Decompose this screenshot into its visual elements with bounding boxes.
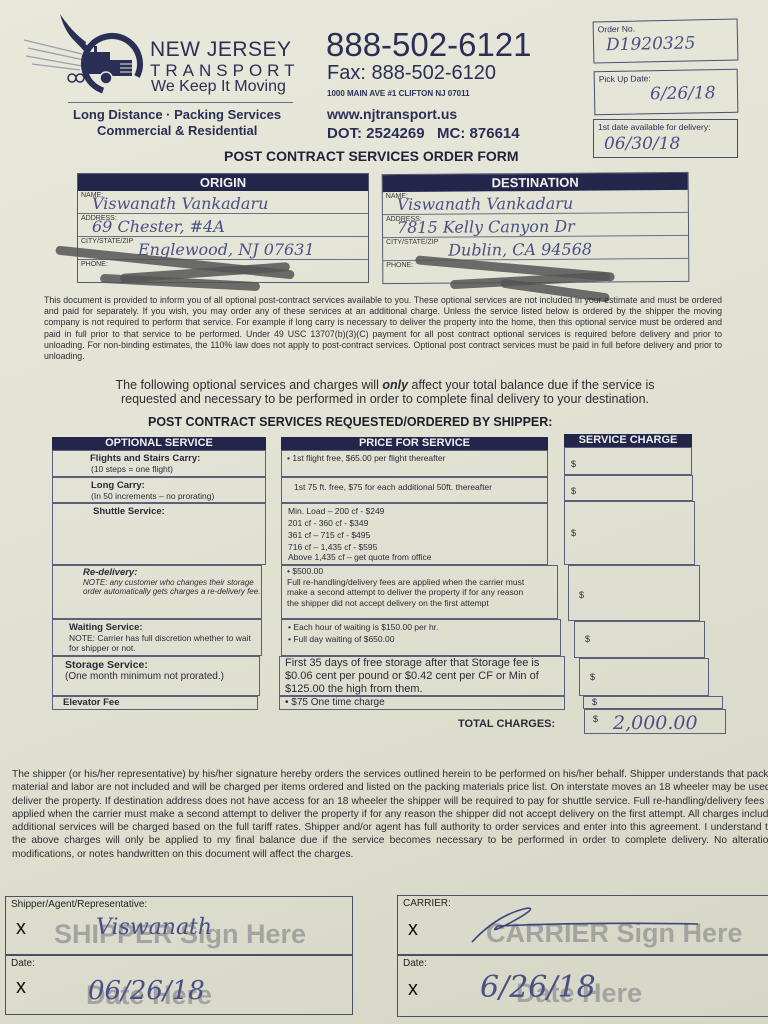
- service-charge-column: SERVICE CHARGE: [564, 434, 692, 447]
- service-note: (One month minimum not prorated.): [65, 671, 259, 682]
- winged-truck-icon: [22, 12, 147, 97]
- dollar-sign: $: [590, 672, 595, 682]
- service-name: Flights and Stairs Carry:: [90, 453, 265, 464]
- website-link: www.njtransport.us: [327, 106, 457, 122]
- service-name: Storage Service:: [65, 659, 259, 671]
- charge-shuttle-field[interactable]: $: [564, 501, 695, 565]
- service-row-shuttle: Shuttle Service:: [52, 503, 266, 565]
- price-header: PRICE FOR SERVICE: [281, 437, 548, 450]
- dollar-sign: $: [592, 697, 597, 707]
- shipper-signature-label: Shipper/Agent/Representative:: [11, 899, 147, 910]
- header-divider: [68, 102, 293, 103]
- price-line: • $500.00: [287, 566, 551, 577]
- carrier-date-field[interactable]: Date: x Date Here 6/26/18: [397, 955, 768, 1017]
- price-line: Above 1,435 cf – get quote from office: [288, 553, 547, 562]
- total-charges-field[interactable]: $ 2,000.00: [584, 709, 726, 734]
- shipper-signature: Viswanath: [96, 915, 212, 940]
- dollar-sign: $: [571, 528, 576, 538]
- charge-elevator-field[interactable]: $: [583, 696, 723, 709]
- origin-city-label: CITY/STATE/ZIP: [81, 238, 133, 245]
- delivery-date-value: 06/30/18: [604, 134, 680, 154]
- origin-header: ORIGIN: [78, 174, 368, 191]
- company-slogan: We Keep It Moving: [151, 78, 286, 96]
- carrier-signature-label: CARRIER:: [403, 898, 451, 909]
- charge-flights-field[interactable]: $: [564, 447, 692, 475]
- service-name: Shuttle Service:: [93, 506, 265, 517]
- price-line: 201 cf - 360 cf - $349: [288, 517, 547, 529]
- service-row-elevator: Elevator Fee: [52, 696, 258, 710]
- destination-phone-label: PHONE:: [386, 262, 413, 269]
- fax-number: Fax: 888-502-6120: [327, 62, 496, 85]
- price-shuttle: Min. Load – 200 cf - $249 201 cf - 360 c…: [281, 503, 548, 565]
- services-section-title: POST CONTRACT SERVICES REQUESTED/ORDERED…: [148, 415, 552, 429]
- optional-services-notice: The following optional services and char…: [100, 378, 670, 406]
- delivery-date-field[interactable]: 1st date available for delivery: 06/30/1…: [593, 119, 738, 158]
- company-name: NEW JERSEY: [150, 38, 292, 62]
- x-mark-icon: x: [16, 917, 26, 940]
- price-flights: • 1st flight free, $65.00 per flight the…: [281, 450, 548, 477]
- form-title: POST CONTRACT SERVICES ORDER FORM: [224, 148, 519, 164]
- price-column: PRICE FOR SERVICE: [281, 437, 548, 450]
- price-line: 1st 75 ft. free, $75 for each additional…: [294, 481, 547, 493]
- destination-city-label: CITY/STATE/ZIP: [386, 239, 438, 246]
- x-mark-icon: x: [408, 978, 418, 1001]
- order-number-field[interactable]: Order No. D1920325: [593, 18, 739, 63]
- service-charge-header: SERVICE CHARGE: [564, 434, 692, 447]
- price-storage: First 35 days of free storage after that…: [279, 656, 565, 696]
- optional-service-column: OPTIONAL SERVICE: [52, 437, 266, 450]
- tagline-services: Long Distance · Packing Services: [73, 107, 281, 122]
- origin-name-value: Viswanath Vankadaru: [92, 194, 268, 213]
- charge-storage-field[interactable]: $: [579, 658, 709, 696]
- destination-name-field[interactable]: NAME: Viswanath Vankadaru: [383, 190, 688, 214]
- destination-address-field[interactable]: ADDRESS: 7815 Kelly Canyon Dr: [383, 212, 688, 237]
- order-number-value: D1920325: [606, 33, 696, 55]
- notice-emphasis: only: [382, 378, 408, 392]
- service-name: Waiting Service:: [69, 622, 261, 633]
- dot-mc-numbers: DOT: 2524269 MC: 876614: [327, 125, 520, 142]
- destination-header: DESTINATION: [383, 173, 688, 192]
- shipper-signature-field[interactable]: Shipper/Agent/Representative: x SHIPPER …: [5, 896, 353, 955]
- charge-redelivery-field[interactable]: $: [568, 565, 700, 621]
- price-line: First 35 days of free storage after that…: [285, 657, 555, 696]
- service-row-flights: Flights and Stairs Carry: (10 steps = on…: [52, 450, 266, 477]
- destination-city-value: Dublin, CA 94568: [448, 240, 592, 260]
- price-line: • 1st flight free, $65.00 per flight the…: [287, 452, 547, 464]
- service-row-waiting: Waiting Service: NOTE: Carrier has full …: [52, 619, 262, 656]
- shipper-date-label: Date:: [11, 958, 35, 969]
- disclaimer-text: This document is provided to inform you …: [44, 295, 722, 362]
- price-line: Full re-handling/delivery fees are appli…: [287, 577, 532, 609]
- phone-number: 888-502-6121: [326, 26, 532, 64]
- price-line: • Each hour of waiting is $150.00 per hr…: [288, 621, 560, 633]
- dollar-sign: $: [585, 634, 590, 644]
- carrier-signature-field[interactable]: CARRIER: x CARRIER Sign Here: [397, 895, 768, 955]
- service-name: Long Carry:: [91, 480, 265, 491]
- service-row-long-carry: Long Carry: (In 50 increments – no prora…: [52, 477, 266, 503]
- price-long-carry: 1st 75 ft. free, $75 for each additional…: [281, 477, 548, 503]
- price-line: 361 cf – 715 cf - $495: [288, 529, 547, 541]
- service-row-storage: Storage Service: (One month minimum not …: [52, 656, 260, 696]
- price-line: Min. Load – 200 cf - $249: [288, 505, 547, 517]
- origin-address-field[interactable]: ADDRESS: 69 Chester, #4A: [78, 213, 368, 236]
- price-redelivery: • $500.00 Full re-handling/delivery fees…: [281, 565, 558, 619]
- optional-service-header: OPTIONAL SERVICE: [52, 437, 266, 450]
- carrier-signature-stroke: [468, 904, 708, 944]
- service-name: Elevator Fee: [63, 697, 257, 708]
- charge-waiting-field[interactable]: $: [574, 621, 705, 658]
- charge-long-carry-field[interactable]: $: [564, 475, 693, 501]
- dollar-sign: $: [593, 714, 598, 724]
- pickup-date-label: Pick Up Date:: [599, 73, 651, 84]
- origin-name-field[interactable]: NAME: Viswanath Vankadaru: [78, 191, 368, 213]
- delivery-date-label: 1st date available for delivery:: [598, 122, 710, 132]
- dollar-sign: $: [571, 486, 576, 496]
- service-name: Re-delivery:: [83, 567, 261, 578]
- origin-address-value: 69 Chester, #4A: [92, 217, 225, 236]
- notice-part1: The following optional services and char…: [116, 378, 383, 392]
- total-charges-label: TOTAL CHARGES:: [458, 718, 555, 730]
- carrier-date-label: Date:: [403, 958, 427, 969]
- service-row-redelivery: Re-delivery: NOTE: any customer who chan…: [52, 565, 262, 619]
- price-line: • $75 One time charge: [285, 697, 564, 709]
- price-elevator: • $75 One time charge: [279, 696, 565, 710]
- agreement-text: The shipper (or his/her representative) …: [12, 768, 768, 861]
- pickup-date-value: 6/26/18: [650, 83, 716, 104]
- origin-phone-label: PHONE:: [81, 261, 108, 268]
- price-line: • Full day waiting of $650.00: [288, 633, 560, 645]
- destination-name-value: Viswanath Vankadaru: [397, 194, 574, 214]
- price-waiting: • Each hour of waiting is $150.00 per hr…: [281, 619, 561, 656]
- company-address: 1000 MAIN AVE #1 CLIFTON NJ 07011: [327, 89, 470, 98]
- service-note: NOTE: any customer who changes their sto…: [83, 578, 263, 596]
- dollar-sign: $: [579, 590, 584, 600]
- tagline-type: Commercial & Residential: [97, 123, 257, 138]
- dollar-sign: $: [571, 459, 576, 469]
- service-note: (In 50 increments – no prorating): [91, 491, 265, 501]
- destination-address-value: 7815 Kelly Canyon Dr: [397, 217, 575, 237]
- total-charges-value: 2,000.00: [613, 712, 698, 734]
- service-note: (10 steps = one flight): [91, 464, 265, 474]
- order-number-label: Order No.: [598, 24, 636, 35]
- shipper-date-field[interactable]: Date: x Date Here 06/26/18: [5, 955, 353, 1015]
- carrier-date-value: 6/26/18: [480, 970, 596, 1005]
- shipper-date-value: 06/26/18: [88, 976, 205, 1006]
- service-note: NOTE: Carrier has full discretion whethe…: [69, 633, 259, 653]
- x-mark-icon: x: [16, 976, 26, 999]
- pickup-date-field[interactable]: Pick Up Date: 6/26/18: [594, 69, 739, 116]
- x-mark-icon: x: [408, 918, 418, 941]
